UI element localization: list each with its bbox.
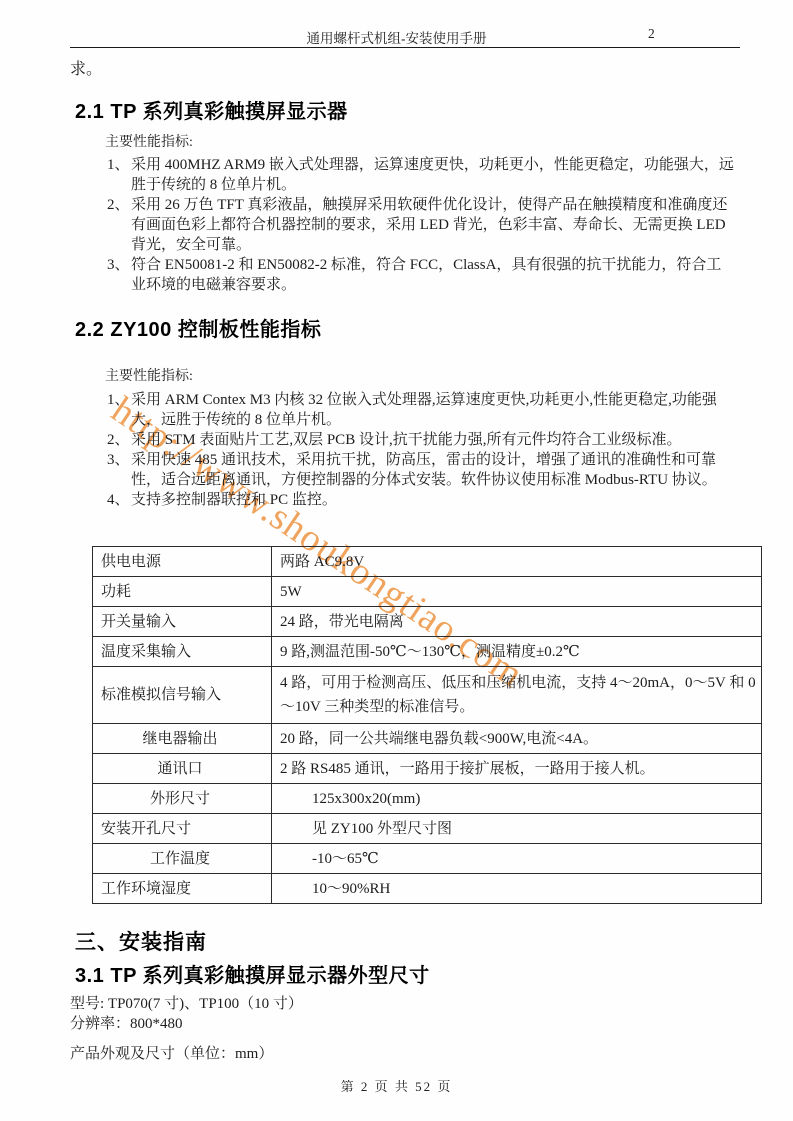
section-2-1-heading: 2.1 TP 系列真彩触摸屏显示器: [75, 100, 793, 124]
section-2-1: 2.1 TP 系列真彩触摸屏显示器 主要性能指标: 1、 采用 400MHZ A…: [0, 100, 793, 295]
resolution-line: 分辨率：800*480: [70, 1014, 793, 1034]
table-row: 温度采集输入 9 路,测温范围-50℃～130℃，测温精度±0.2℃: [93, 637, 762, 667]
table-row-label: 工作环境湿度: [93, 874, 272, 904]
table-row-label: 安装开孔尺寸: [93, 814, 272, 844]
table-row-value: 4 路，可用于检测高压、低压和压缩机电流，支持 4～20mA，0～5V 和 0～…: [272, 667, 762, 724]
table-row-value: 20 路，同一公共端继电器负载<900W,电流<4A。: [272, 724, 762, 754]
page-footer: 第 2 页 共 52 页: [0, 1076, 793, 1095]
list-item-text: 支持多控制器联控和 PC 监控。: [131, 490, 735, 510]
header-rule: [70, 47, 740, 48]
table-row-value: 见 ZY100 外型尺寸图: [272, 814, 762, 844]
list-item: 3、 符合 EN50081-2 和 EN50082-2 标准，符合 FCC，Cl…: [107, 255, 735, 295]
section-3: 三、安装指南 3.1 TP 系列真彩触摸屏显示器外型尺寸 型号: TP070(7…: [0, 930, 793, 1064]
section-3-heading: 三、安装指南: [75, 930, 793, 956]
section-2-2-list: 1、 采用 ARM Contex M3 内核 32 位嵌入式处理器,运算速度更快…: [107, 390, 735, 510]
table-row-label: 开关量输入: [93, 607, 272, 637]
section-3-1-heading: 3.1 TP 系列真彩触摸屏显示器外型尺寸: [75, 964, 793, 988]
manual-page: http://www.shoukongtiao.com 通用螺杆式机组-安装使用…: [0, 0, 793, 1121]
model-line: 型号: TP070(7 寸)、TP100（10 寸）: [70, 994, 793, 1014]
section-2-1-list: 1、 采用 400MHZ ARM9 嵌入式处理器，运算速度更快，功耗更小，性能更…: [107, 155, 735, 295]
table-row-label: 标准模拟信号输入: [93, 667, 272, 724]
carryover-text: 求。: [70, 56, 102, 79]
list-item: 1、 采用 ARM Contex M3 内核 32 位嵌入式处理器,运算速度更快…: [107, 390, 735, 430]
table-row-value: -10～65℃: [272, 844, 762, 874]
list-item-number: 1、: [107, 155, 131, 195]
table-row: 继电器输出 20 路，同一公共端继电器负载<900W,电流<4A。: [93, 724, 762, 754]
table-row-value: 125x300x20(mm): [272, 784, 762, 814]
section-2-2-heading: 2.2 ZY100 控制板性能指标: [75, 318, 793, 342]
table-row-value: 24 路，带光电隔离: [272, 607, 762, 637]
list-item-number: 1、: [107, 390, 131, 430]
section-2-2-intro: 主要性能指标:: [105, 368, 793, 386]
table-row-label: 继电器输出: [93, 724, 272, 754]
list-item: 1、 采用 400MHZ ARM9 嵌入式处理器，运算速度更快，功耗更小，性能更…: [107, 155, 735, 195]
list-item-number: 2、: [107, 195, 131, 255]
list-item: 4、 支持多控制器联控和 PC 监控。: [107, 490, 735, 510]
table-row: 安装开孔尺寸 见 ZY100 外型尺寸图: [93, 814, 762, 844]
table-row: 供电电源 两路 AC9.8V: [93, 547, 762, 577]
table-row-value: 10～90%RH: [272, 874, 762, 904]
table-row: 通讯口 2 路 RS485 通讯，一路用于接扩展板，一路用于接人机。: [93, 754, 762, 784]
table-row-label: 功耗: [93, 577, 272, 607]
list-item-text: 采用 STM 表面贴片工艺,双层 PCB 设计,抗干扰能力强,所有元件均符合工业…: [131, 430, 735, 450]
list-item-text: 采用快速 485 通讯技术，采用抗干扰，防高压，雷击的设计，增强了通讯的准确性和…: [131, 450, 735, 490]
list-item: 2、 采用 26 万色 TFT 真彩液晶，触摸屏采用软硬件优化设计，使得产品在触…: [107, 195, 735, 255]
table-row-value: 9 路,测温范围-50℃～130℃，测温精度±0.2℃: [272, 637, 762, 667]
spec-table: 供电电源 两路 AC9.8V 功耗 5W 开关量输入 24 路，带光电隔离 温度…: [92, 546, 762, 904]
list-item-number: 4、: [107, 490, 131, 510]
section-2-2: 2.2 ZY100 控制板性能指标 主要性能指标: 1、 采用 ARM Cont…: [0, 318, 793, 510]
list-item-text: 采用 ARM Contex M3 内核 32 位嵌入式处理器,运算速度更快,功耗…: [131, 390, 735, 430]
list-item-number: 3、: [107, 255, 131, 295]
list-item-number: 3、: [107, 450, 131, 490]
table-row: 开关量输入 24 路，带光电隔离: [93, 607, 762, 637]
table-row: 功耗 5W: [93, 577, 762, 607]
table-row: 工作环境湿度 10～90%RH: [93, 874, 762, 904]
page-header-title: 通用螺杆式机组-安装使用手册: [0, 27, 793, 47]
list-item-number: 2、: [107, 430, 131, 450]
list-item: 3、 采用快速 485 通讯技术，采用抗干扰，防高压，雷击的设计，增强了通讯的准…: [107, 450, 735, 490]
table-row-value: 5W: [272, 577, 762, 607]
table-row-label: 温度采集输入: [93, 637, 272, 667]
table-row-label: 通讯口: [93, 754, 272, 784]
appearance-caption: 产品外观及尺寸（单位：mm）: [70, 1044, 793, 1064]
section-2-1-intro: 主要性能指标:: [105, 134, 793, 152]
table-row-label: 工作温度: [93, 844, 272, 874]
table-row-label: 供电电源: [93, 547, 272, 577]
page-header-number: 2: [648, 26, 655, 42]
list-item-text: 采用 26 万色 TFT 真彩液晶，触摸屏采用软硬件优化设计，使得产品在触摸精度…: [131, 195, 735, 255]
list-item: 2、 采用 STM 表面贴片工艺,双层 PCB 设计,抗干扰能力强,所有元件均符…: [107, 430, 735, 450]
table-row: 外形尺寸 125x300x20(mm): [93, 784, 762, 814]
table-row: 工作温度 -10～65℃: [93, 844, 762, 874]
table-row-label: 外形尺寸: [93, 784, 272, 814]
list-item-text: 符合 EN50081-2 和 EN50082-2 标准，符合 FCC，Class…: [131, 255, 735, 295]
table-row-value: 2 路 RS485 通讯，一路用于接扩展板，一路用于接人机。: [272, 754, 762, 784]
table-row-value: 两路 AC9.8V: [272, 547, 762, 577]
list-item-text: 采用 400MHZ ARM9 嵌入式处理器，运算速度更快，功耗更小，性能更稳定，…: [131, 155, 735, 195]
table-row: 标准模拟信号输入 4 路，可用于检测高压、低压和压缩机电流，支持 4～20mA，…: [93, 667, 762, 724]
